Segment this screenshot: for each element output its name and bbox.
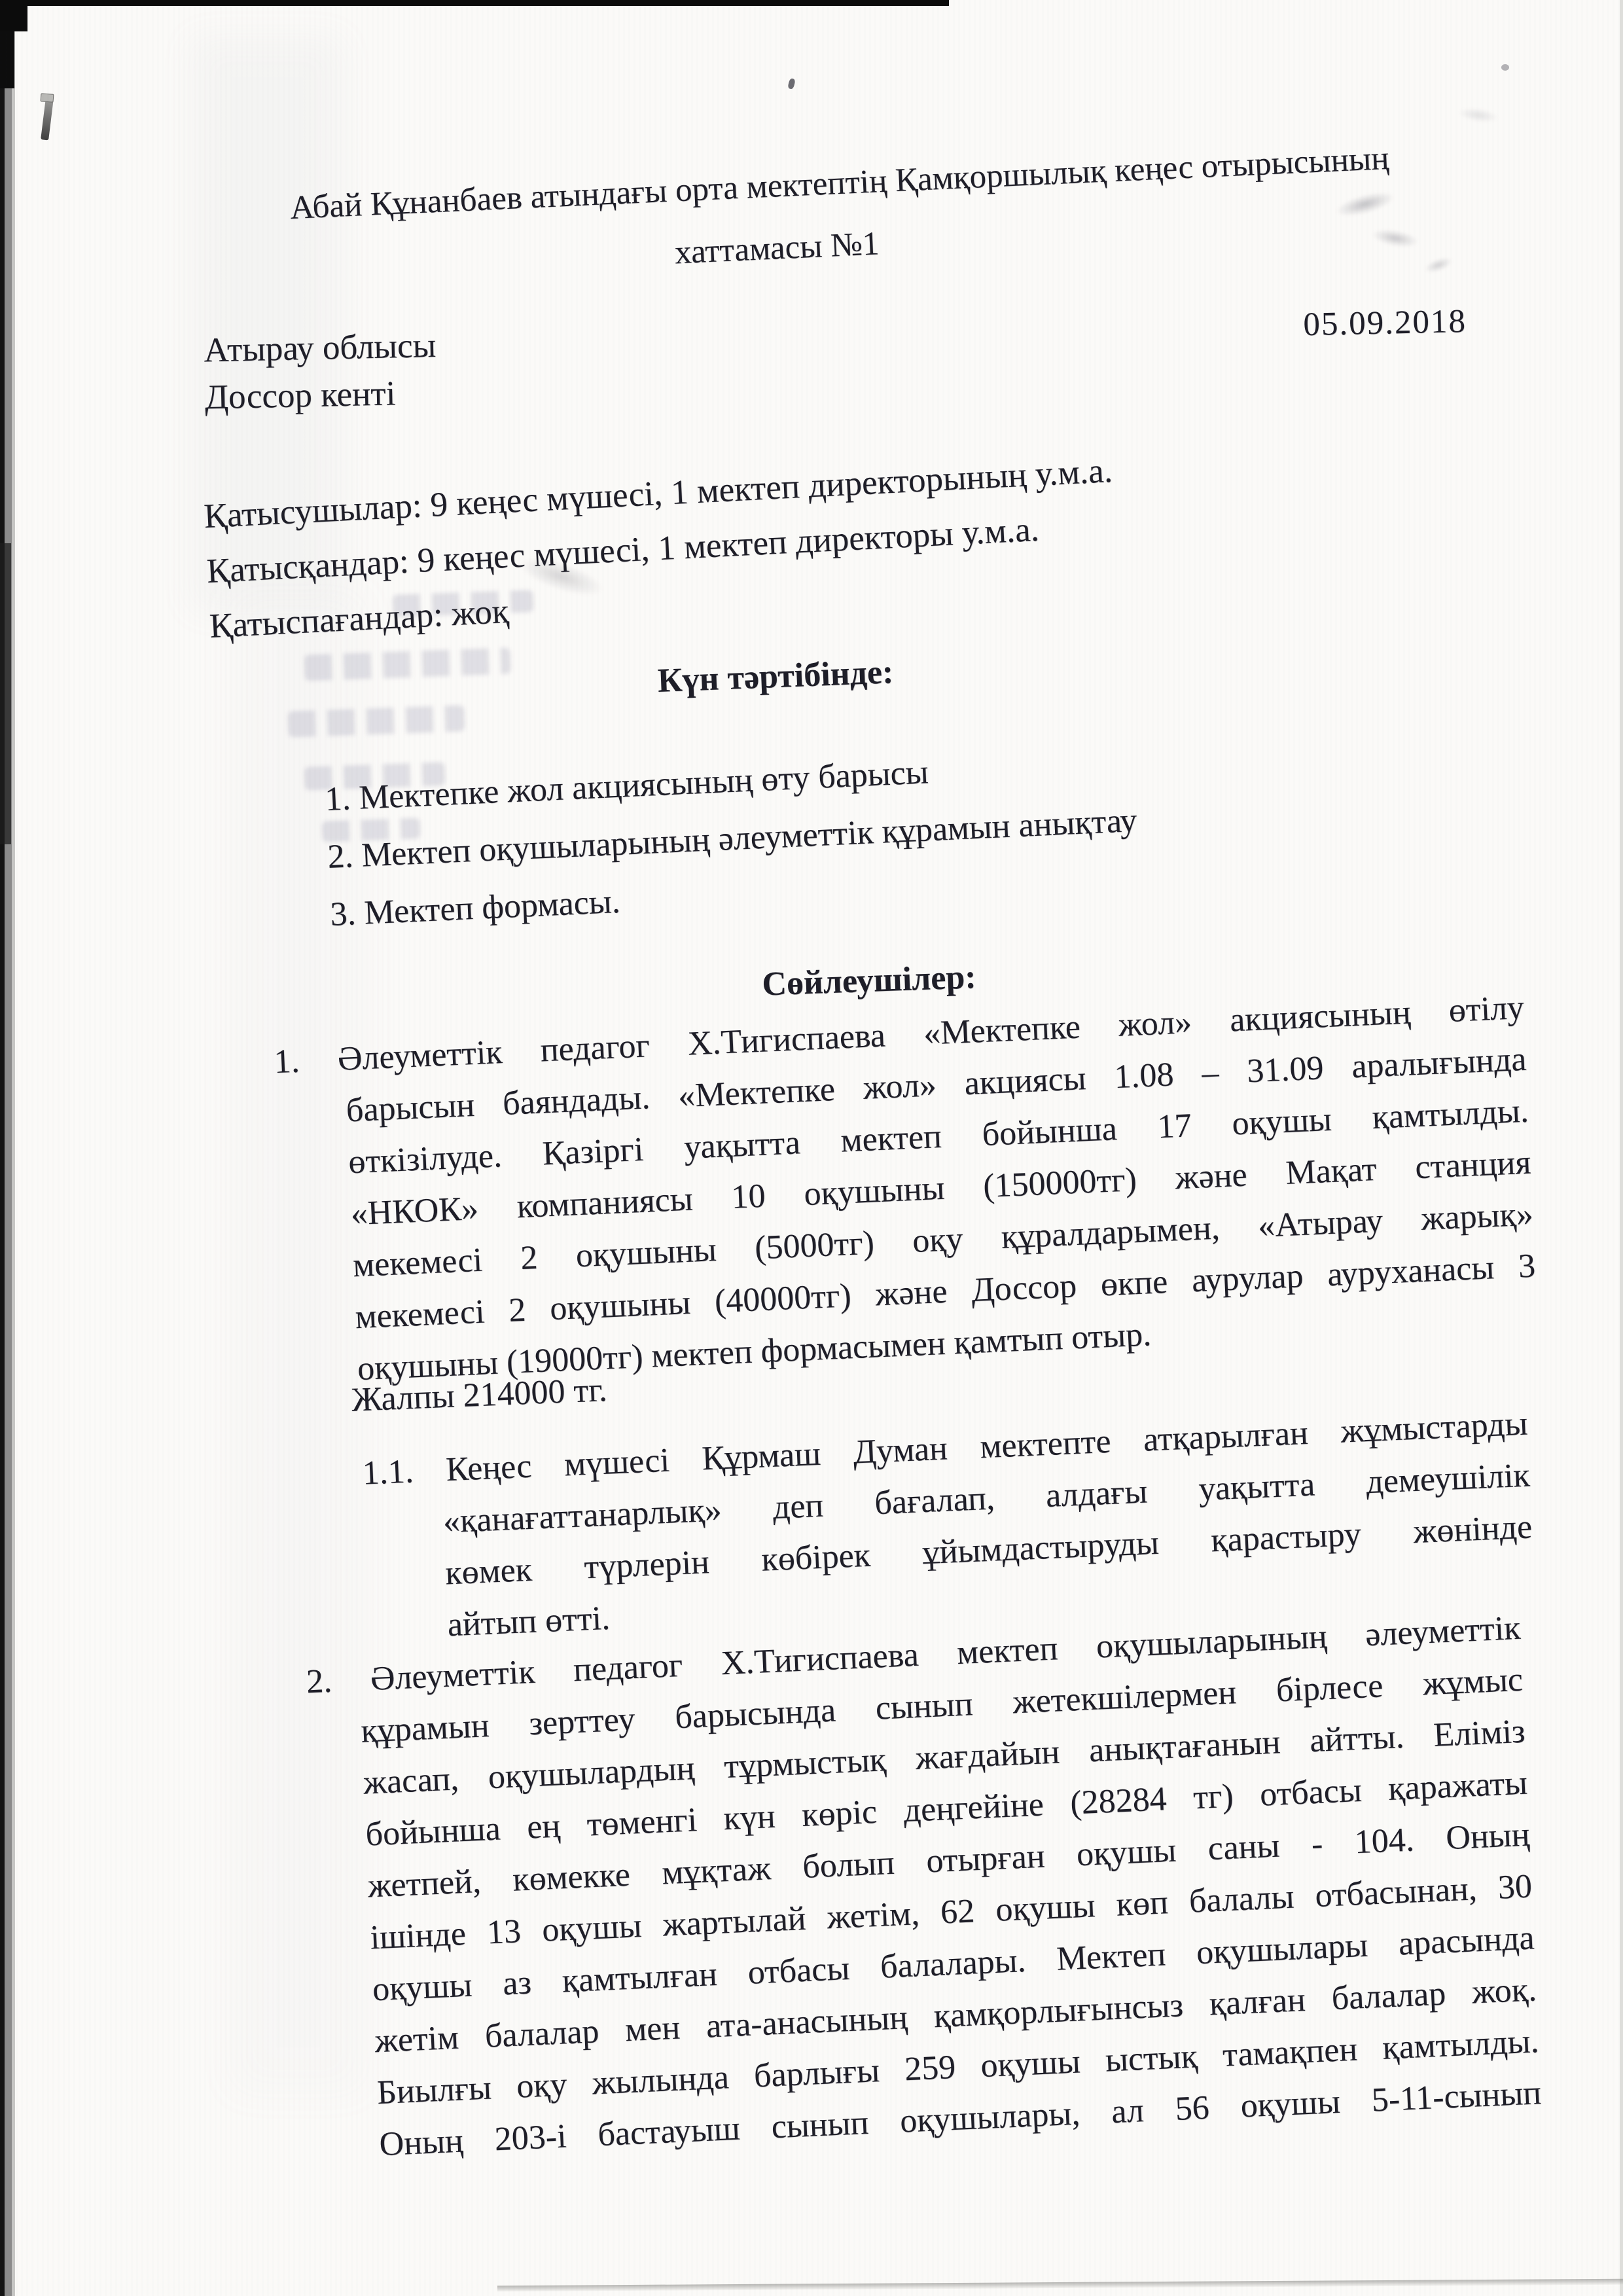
document-title: Абай Құнанбаев атындағы орта мектептің Қ… xyxy=(0,117,1623,315)
meta-row: Атырау облысы Доссор кенті 05.09.2018 xyxy=(0,297,1623,429)
agenda-list: 1. Мектепке жол акциясының өту барысы2. … xyxy=(324,734,1141,944)
speaker-item-1: 1. Әлеуметтік педагог Х.Тигиспаева «Мект… xyxy=(343,982,1539,1395)
staple-head xyxy=(41,93,54,102)
document-date: 05.09.2018 xyxy=(1303,302,1467,344)
total-amount-line: Жалпы 214000 тг. xyxy=(351,1364,609,1426)
participants-block: Қатысушылар: 9 кеңес мүшесі, 1 мектеп ди… xyxy=(203,443,1120,654)
speaker-item-2: 2. Әлеуметтік педагог Х.Тигиспаева мекте… xyxy=(357,1602,1542,2170)
document-content: Абай Құнанбаев атындағы орта мектептің Қ… xyxy=(0,0,1623,2296)
scanned-protocol-page: Абай Құнанбаев атындағы орта мектептің Қ… xyxy=(0,0,1623,2296)
